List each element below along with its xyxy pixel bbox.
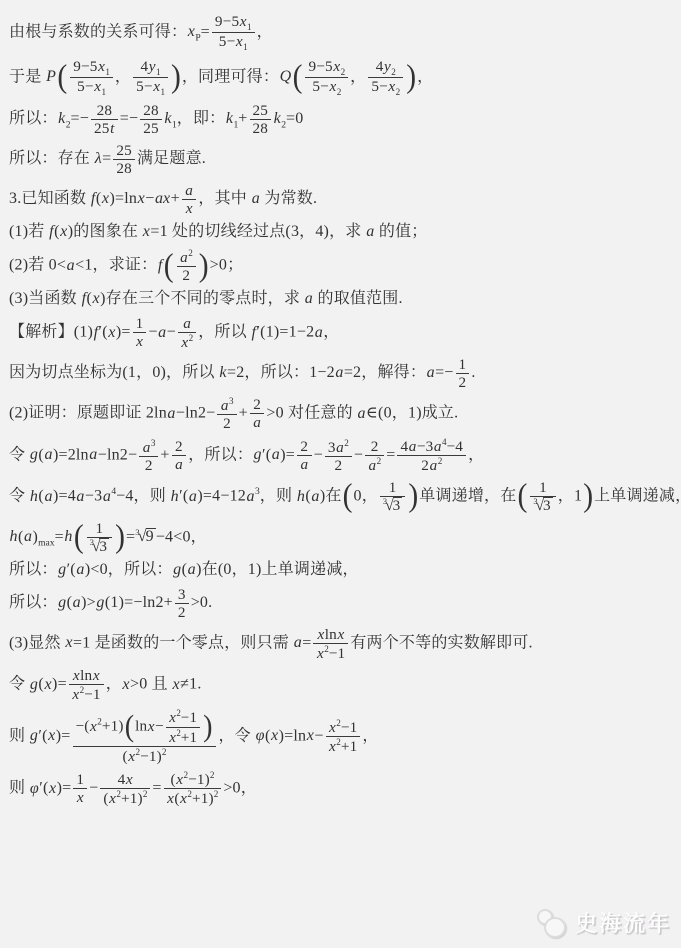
big-bracket: ) <box>171 66 181 89</box>
numerator: a2 <box>177 248 196 266</box>
numerator: a3 <box>139 438 158 456</box>
text-run: = <box>152 780 161 797</box>
subscript: max <box>38 537 55 548</box>
text-run: = <box>102 150 111 167</box>
text-run: = <box>55 528 64 545</box>
numerator: −(x2+1)(lnx−x2−1x2+1) <box>73 708 217 746</box>
fraction: ax2 <box>178 315 196 351</box>
text-run: 令 <box>9 446 29 463</box>
fraction: 9−5x15−x1 <box>70 58 113 98</box>
denominator: (x2−1)2 <box>73 746 217 765</box>
text-run: − <box>89 780 98 797</box>
text-run: 为常数. <box>260 190 317 207</box>
text-run: =− <box>435 364 453 381</box>
text-run: ， <box>350 68 366 85</box>
text-run: )在 <box>320 488 342 505</box>
line-solve-a: 因为切点坐标为(1，0)，所以 k=2，所以：1−2a=2，解得：a=−12. <box>9 356 675 391</box>
text-run: 则 <box>9 727 29 744</box>
text-run: ln <box>325 626 337 643</box>
text-run: 所以： <box>9 561 58 578</box>
subscript: 2 <box>391 67 396 77</box>
text-run: )=2ln <box>53 446 89 463</box>
text-run: (1)若 <box>9 223 49 240</box>
text-run: +1) <box>121 790 143 807</box>
text-run: ′( <box>39 780 48 797</box>
math-variable: a <box>76 561 85 578</box>
numerator: 28 <box>91 102 118 119</box>
math-variable: x <box>92 667 100 684</box>
text-run: 所以： <box>9 594 58 611</box>
fraction: (x2−1)2x(x2+1)2 <box>164 770 222 807</box>
math-variable: a <box>311 488 320 505</box>
fraction: 13√3 <box>380 479 405 514</box>
text-run: )= <box>52 676 67 693</box>
math-variable: a <box>253 414 262 431</box>
text-run: −4 <box>447 438 464 455</box>
radicand: 3 <box>543 497 553 514</box>
text-run: 28 <box>253 120 269 137</box>
denominator: 3√3 <box>87 537 112 555</box>
text-run: >0， <box>223 780 257 797</box>
numerator: 1 <box>87 520 112 537</box>
subscript: 1 <box>247 22 252 32</box>
subscript: 1 <box>101 87 106 97</box>
text-run: 2 <box>253 396 261 413</box>
denominator: a2 <box>365 455 384 474</box>
text-run: −4<0， <box>156 528 207 545</box>
denominator: 5−x1 <box>212 32 255 52</box>
text-run: −1 <box>329 645 346 662</box>
fraction: 2a <box>172 438 187 473</box>
numerator: 25 <box>113 142 135 159</box>
fraction: 2528 <box>250 102 272 137</box>
denominator: 2 <box>177 266 196 284</box>
numerator: 28 <box>140 102 162 119</box>
math-variable: x <box>235 33 243 50</box>
line-part3-question: (3)当函数 f(x)存在三个不同的零点时，求 a 的取值范围. <box>9 289 675 310</box>
text-run: 2 <box>175 438 183 455</box>
text-run: ′( <box>262 446 271 463</box>
denominator: 3√3 <box>530 496 555 514</box>
math-variable: a <box>336 439 345 456</box>
text-run: (3)显然 <box>9 634 65 651</box>
math-variable: a <box>433 438 442 455</box>
numerator: 2 <box>297 438 312 455</box>
text-run: ，所以 <box>198 324 251 341</box>
text-run: − <box>354 446 363 463</box>
numerator: x2−1 <box>326 718 361 736</box>
line-define-g: 令 g(a)=2lna−ln2−a32+2a，所以：g′(a)=2a−3a22−… <box>9 437 675 474</box>
denominator: a <box>297 455 312 473</box>
math-variable: a <box>357 405 366 422</box>
fraction: 32 <box>175 586 189 621</box>
math-variable: a <box>44 488 53 505</box>
text-run: 因为切点坐标为(1，0)，所以 <box>9 364 219 381</box>
math-variable: a <box>366 223 375 240</box>
numerator: 4y2 <box>368 58 403 77</box>
numerator: xlnx <box>69 667 104 684</box>
text-run: <1，求证： <box>75 257 157 274</box>
math-variable: h <box>9 528 18 545</box>
text-run: 2 <box>300 438 308 455</box>
math-variable: P <box>46 68 57 85</box>
subscript: 1 <box>156 67 161 77</box>
text-run: 2 <box>178 604 186 621</box>
text-run: 1 <box>539 479 547 496</box>
superscript: 2 <box>162 747 167 757</box>
denominator: x2 <box>178 332 196 351</box>
math-variable: ax <box>154 190 170 207</box>
numerator: 9−5x1 <box>212 13 255 32</box>
math-variable: x <box>65 634 73 651</box>
text-run: −1 <box>84 686 101 703</box>
math-variable: a <box>426 364 435 381</box>
text-run: 25 <box>143 120 159 137</box>
text-run: 由根与系数的关系可得： <box>9 23 187 40</box>
text-run: =− <box>120 110 138 127</box>
text-run: =1 处的切线经过点(3，4)，求 <box>150 223 365 240</box>
math-variable: x <box>185 200 193 217</box>
text-run: 25 <box>253 102 269 119</box>
line-define-gx: 令 g(x)=xlnxx2−1，x>0 且 x≠1. <box>9 667 675 703</box>
math-variable: t <box>110 120 115 137</box>
math-variable: a <box>185 182 194 199</box>
denominator: 28 <box>250 119 272 137</box>
line-define-h: 令 h(a)=4a−3a4−4，则 h′(a)=4−12a3，则 h(a)在(0… <box>9 479 675 514</box>
text-run: ，1 <box>558 488 582 505</box>
numerator: 2 <box>250 396 265 413</box>
math-variable: x <box>60 223 68 240</box>
math-variable: a <box>72 594 81 611</box>
denominator: a <box>250 413 265 431</box>
math-variable: g <box>58 594 67 611</box>
math-variable: x <box>181 334 189 351</box>
text-run: 28 <box>143 102 159 119</box>
text-run: = <box>302 634 311 651</box>
numerator: 3 <box>175 586 189 603</box>
text-run: 3.已知函数 <box>9 190 90 207</box>
numerator: 1 <box>380 479 405 496</box>
text-run: −( <box>76 718 90 735</box>
superscript: 2 <box>344 438 349 448</box>
math-variable: f <box>157 257 162 274</box>
text-run: − <box>314 727 323 744</box>
text-run: 28 <box>97 102 113 119</box>
math-variable: x <box>136 333 144 350</box>
line-g-prime-negative: 所以：g′(a)<0，所以：g(a)在(0，1)上单调递减， <box>9 560 675 581</box>
text-run: 2 <box>223 415 231 432</box>
text-run: − <box>155 718 164 735</box>
text-run: 上单调递减，而 <box>594 488 681 505</box>
text-run: )= <box>57 780 72 797</box>
text-run: 28 <box>116 160 132 177</box>
math-variable: x <box>172 676 180 693</box>
numerator: 1 <box>456 356 470 373</box>
overlapping-circles-logo-icon <box>536 908 568 938</box>
fraction: 9−5x25−x2 <box>305 58 348 98</box>
math-variable: x <box>147 718 155 735</box>
fraction: 13√3 <box>87 520 112 555</box>
numerator: 1 <box>133 315 147 332</box>
text-run: 2 <box>182 267 190 284</box>
text-run: 1 <box>389 479 397 496</box>
text-run: >0. <box>191 594 213 611</box>
text-run: −1 <box>341 719 358 736</box>
big-bracket: ) <box>583 485 593 508</box>
fraction: a32 <box>139 438 158 474</box>
text-run: 25 <box>94 120 110 137</box>
fraction: xlnxx2−1 <box>69 667 104 703</box>
superscript: 3 <box>151 438 156 448</box>
text-run: ， <box>468 446 484 463</box>
fraction: 2a <box>250 396 265 431</box>
text-run: − <box>167 324 176 341</box>
text-run: 2 <box>459 374 467 391</box>
denominator: 5−x2 <box>305 77 348 97</box>
text-run: 5− <box>136 78 153 95</box>
math-variable: x <box>337 626 345 643</box>
logo-large-circle <box>544 917 566 938</box>
math-variable: x <box>101 190 109 207</box>
fraction: a32 <box>217 396 236 432</box>
text-run: (2)若 0< <box>9 257 66 274</box>
text-run: ′( <box>99 324 108 341</box>
text-run: +1 <box>181 730 197 746</box>
radicand: 9 <box>146 528 156 546</box>
radicand: 3 <box>393 497 403 514</box>
text-run: )的图象在 <box>68 223 143 240</box>
watermark: 史海流年 <box>536 907 671 938</box>
text-run: )= <box>116 324 131 341</box>
text-run: 5− <box>371 78 388 95</box>
math-variable: a <box>89 446 98 463</box>
radical: 3√3 <box>383 497 402 514</box>
numerator: 25 <box>250 102 272 119</box>
math-variable: x <box>176 771 184 788</box>
text-run: 5− <box>77 78 94 95</box>
text-run: )=ln <box>110 190 138 207</box>
fraction: 4y15−x1 <box>133 58 168 98</box>
denominator: (x2+1)2 <box>100 788 150 807</box>
text-run: )=4−12 <box>197 488 246 505</box>
fraction: 2528 <box>113 142 135 177</box>
text-run: ( <box>170 771 175 788</box>
text-run: 所以： <box>9 110 58 127</box>
math-variable: g <box>253 446 262 463</box>
math-variable: x <box>72 667 80 684</box>
fraction: 13√3 <box>530 479 555 514</box>
superscript: 2 <box>438 456 443 466</box>
numerator: 9−5x1 <box>70 58 113 77</box>
text-run: )=4 <box>53 488 76 505</box>
denominator: x(x2+1)2 <box>164 788 222 807</box>
text-run: )存在三个不同的零点时，求 <box>100 290 304 307</box>
text-run: −ln2− <box>98 446 138 463</box>
math-variable: a <box>335 364 344 381</box>
math-variable: a <box>44 446 53 463</box>
text-run: ， <box>115 68 131 85</box>
line-part2-proof-goal: (2)证明：原题即证 2lna−ln2−a32+2a>0 对任意的 a∈(0，1… <box>9 396 675 432</box>
math-variable: x <box>239 13 247 30</box>
math-variable: a <box>76 488 85 505</box>
math-variable: a <box>158 324 167 341</box>
math-variable: a <box>187 561 196 578</box>
text-run: ′(1)=1−2 <box>256 324 314 341</box>
text-run: 2 <box>334 457 342 474</box>
fraction: 4x(x2+1)2 <box>100 771 150 807</box>
numerator: 9−5x2 <box>305 58 348 77</box>
text-run: ，同理可得： <box>182 68 279 85</box>
fraction: 2825t <box>91 102 118 137</box>
math-variable: a <box>102 488 111 505</box>
text-run: ( <box>103 790 108 807</box>
big-bracket: ) <box>406 66 416 89</box>
fraction: 1x <box>133 315 147 350</box>
math-variable: a <box>167 405 176 422</box>
text-run: ( <box>123 748 128 765</box>
numerator: 4a−3a4−4 <box>397 437 466 455</box>
text-run: 4 <box>376 58 384 75</box>
line-h-max: h(a)max=h(13√3)=3√9−4<0， <box>9 520 675 555</box>
numerator: 1 <box>73 771 87 788</box>
text-run: 单调递增，在 <box>419 488 516 505</box>
math-variable: x <box>122 676 130 693</box>
denominator: 2 <box>175 603 189 621</box>
big-bracket: ) <box>203 716 212 738</box>
math-variable: y <box>148 58 156 75</box>
text-run: − <box>148 324 157 341</box>
math-variable: φ <box>255 727 265 744</box>
radical: 3√3 <box>533 497 552 514</box>
text-run: 2 <box>145 457 153 474</box>
text-run: ≠1. <box>180 676 201 693</box>
radicand: 3 <box>99 538 109 555</box>
denominator: 2 <box>217 414 236 432</box>
denominator: 28 <box>113 159 135 177</box>
text-run: 1 <box>459 356 467 373</box>
math-variable: a <box>66 257 75 274</box>
text-run: =− <box>71 110 89 127</box>
text-run: >0 且 <box>130 676 172 693</box>
text-run: ( <box>18 528 24 545</box>
superscript: 3 <box>229 396 234 406</box>
text-run: 3 <box>393 497 401 514</box>
math-variable: g <box>58 561 67 578</box>
fraction: ax <box>182 182 197 217</box>
line-phi-derivative: 则 φ′(x)=1x−4x(x2+1)2=(x2−1)2x(x2+1)2>0， <box>9 770 675 807</box>
text-run: 2 <box>421 457 429 474</box>
text-run: 3 <box>178 586 186 603</box>
text-run: 于是 <box>9 68 46 85</box>
fraction: xlnxx2−1 <box>313 626 348 662</box>
text-run: =0 <box>286 110 303 127</box>
denominator: 2a2 <box>397 455 466 474</box>
text-run: 则 <box>9 780 29 797</box>
fraction: 12 <box>456 356 470 391</box>
text-run: −ln2− <box>176 405 216 422</box>
math-variable: φ <box>29 780 39 797</box>
numerator: x2−1 <box>166 708 200 727</box>
text-run: 9−5 <box>215 13 239 30</box>
text-run: +1 <box>341 738 358 755</box>
text-run: ，即： <box>177 110 226 127</box>
math-variable: x <box>270 727 278 744</box>
text-run: =2，所以：1−2 <box>227 364 335 381</box>
text-run: = <box>386 446 395 463</box>
math-variable: a <box>24 528 33 545</box>
line-gx-derivative: 则 g′(x)=−(x2+1)(lnx−x2−1x2+1)(x2−1)2，令 φ… <box>9 708 675 765</box>
fraction: −(x2+1)(lnx−x2−1x2+1)(x2−1)2 <box>73 708 217 765</box>
text-run: = <box>126 528 135 545</box>
math-variable: λ <box>94 150 102 167</box>
fraction: a22 <box>177 248 196 284</box>
denominator: x <box>133 332 147 350</box>
text-run: + <box>171 190 180 207</box>
math-variable: Q <box>279 68 292 85</box>
text-run: (1)=−ln2+ <box>105 594 173 611</box>
text-run: . <box>471 364 475 381</box>
big-bracket: ( <box>57 66 67 89</box>
subscript: 2 <box>337 87 342 97</box>
big-bracket: ) <box>408 485 418 508</box>
math-variable: x <box>49 780 57 797</box>
line-part2-question: (2)若 0<a<1，求证：f(a22)>0； <box>9 248 675 284</box>
big-bracket: ( <box>74 526 84 549</box>
text-run: (3)当函数 <box>9 290 81 307</box>
numerator: 4y1 <box>133 58 168 77</box>
text-run: 9−5 <box>308 58 332 75</box>
fraction: 4a−3a4−42a2 <box>397 437 466 474</box>
text-run: 3 <box>328 439 336 456</box>
text-run: ，其中 <box>198 190 251 207</box>
fraction: 2a2 <box>365 438 384 474</box>
big-bracket: ( <box>517 485 527 508</box>
text-run: ( <box>54 223 60 240</box>
text-run: ，则 <box>260 488 297 505</box>
denominator: 2 <box>325 456 352 474</box>
denominator: x2+1 <box>326 736 361 755</box>
text-run: 5− <box>312 78 329 95</box>
math-variable: x <box>329 78 337 95</box>
numerator: 2 <box>365 438 384 455</box>
text-run: =1 是函数的一个零点，则只需 <box>73 634 293 651</box>
denominator: 2 <box>456 373 470 391</box>
text-run: >0 对任意的 <box>266 405 357 422</box>
text-run: =2，解得： <box>344 364 426 381</box>
line-k2-relation: 所以：k2=−2825t=−2825k1，即：k1+2528k2=0 <box>9 102 675 137</box>
text-run: −3 <box>85 488 102 505</box>
text-run: ，所以： <box>188 446 253 463</box>
text-run: 满足题意. <box>137 150 206 167</box>
numerator: 2 <box>172 438 187 455</box>
math-variable: a <box>180 249 189 266</box>
math-variable: a <box>271 446 280 463</box>
denominator: x2+1 <box>166 727 200 747</box>
text-run: ′( <box>179 488 188 505</box>
denominator: x <box>182 199 197 217</box>
text-run: +1) <box>102 718 124 735</box>
denominator: 25t <box>91 119 118 137</box>
math-variable: a <box>304 290 313 307</box>
math-variable: a <box>251 190 260 207</box>
math-variable: a <box>175 456 184 473</box>
math-variable: x <box>137 190 145 207</box>
denominator: 5−x1 <box>133 77 168 97</box>
text-run: ， <box>417 68 433 85</box>
text-run: ′( <box>38 727 47 744</box>
text-run: )在(0，1)上单调递减， <box>196 561 359 578</box>
text-run: 的值； <box>375 223 428 240</box>
